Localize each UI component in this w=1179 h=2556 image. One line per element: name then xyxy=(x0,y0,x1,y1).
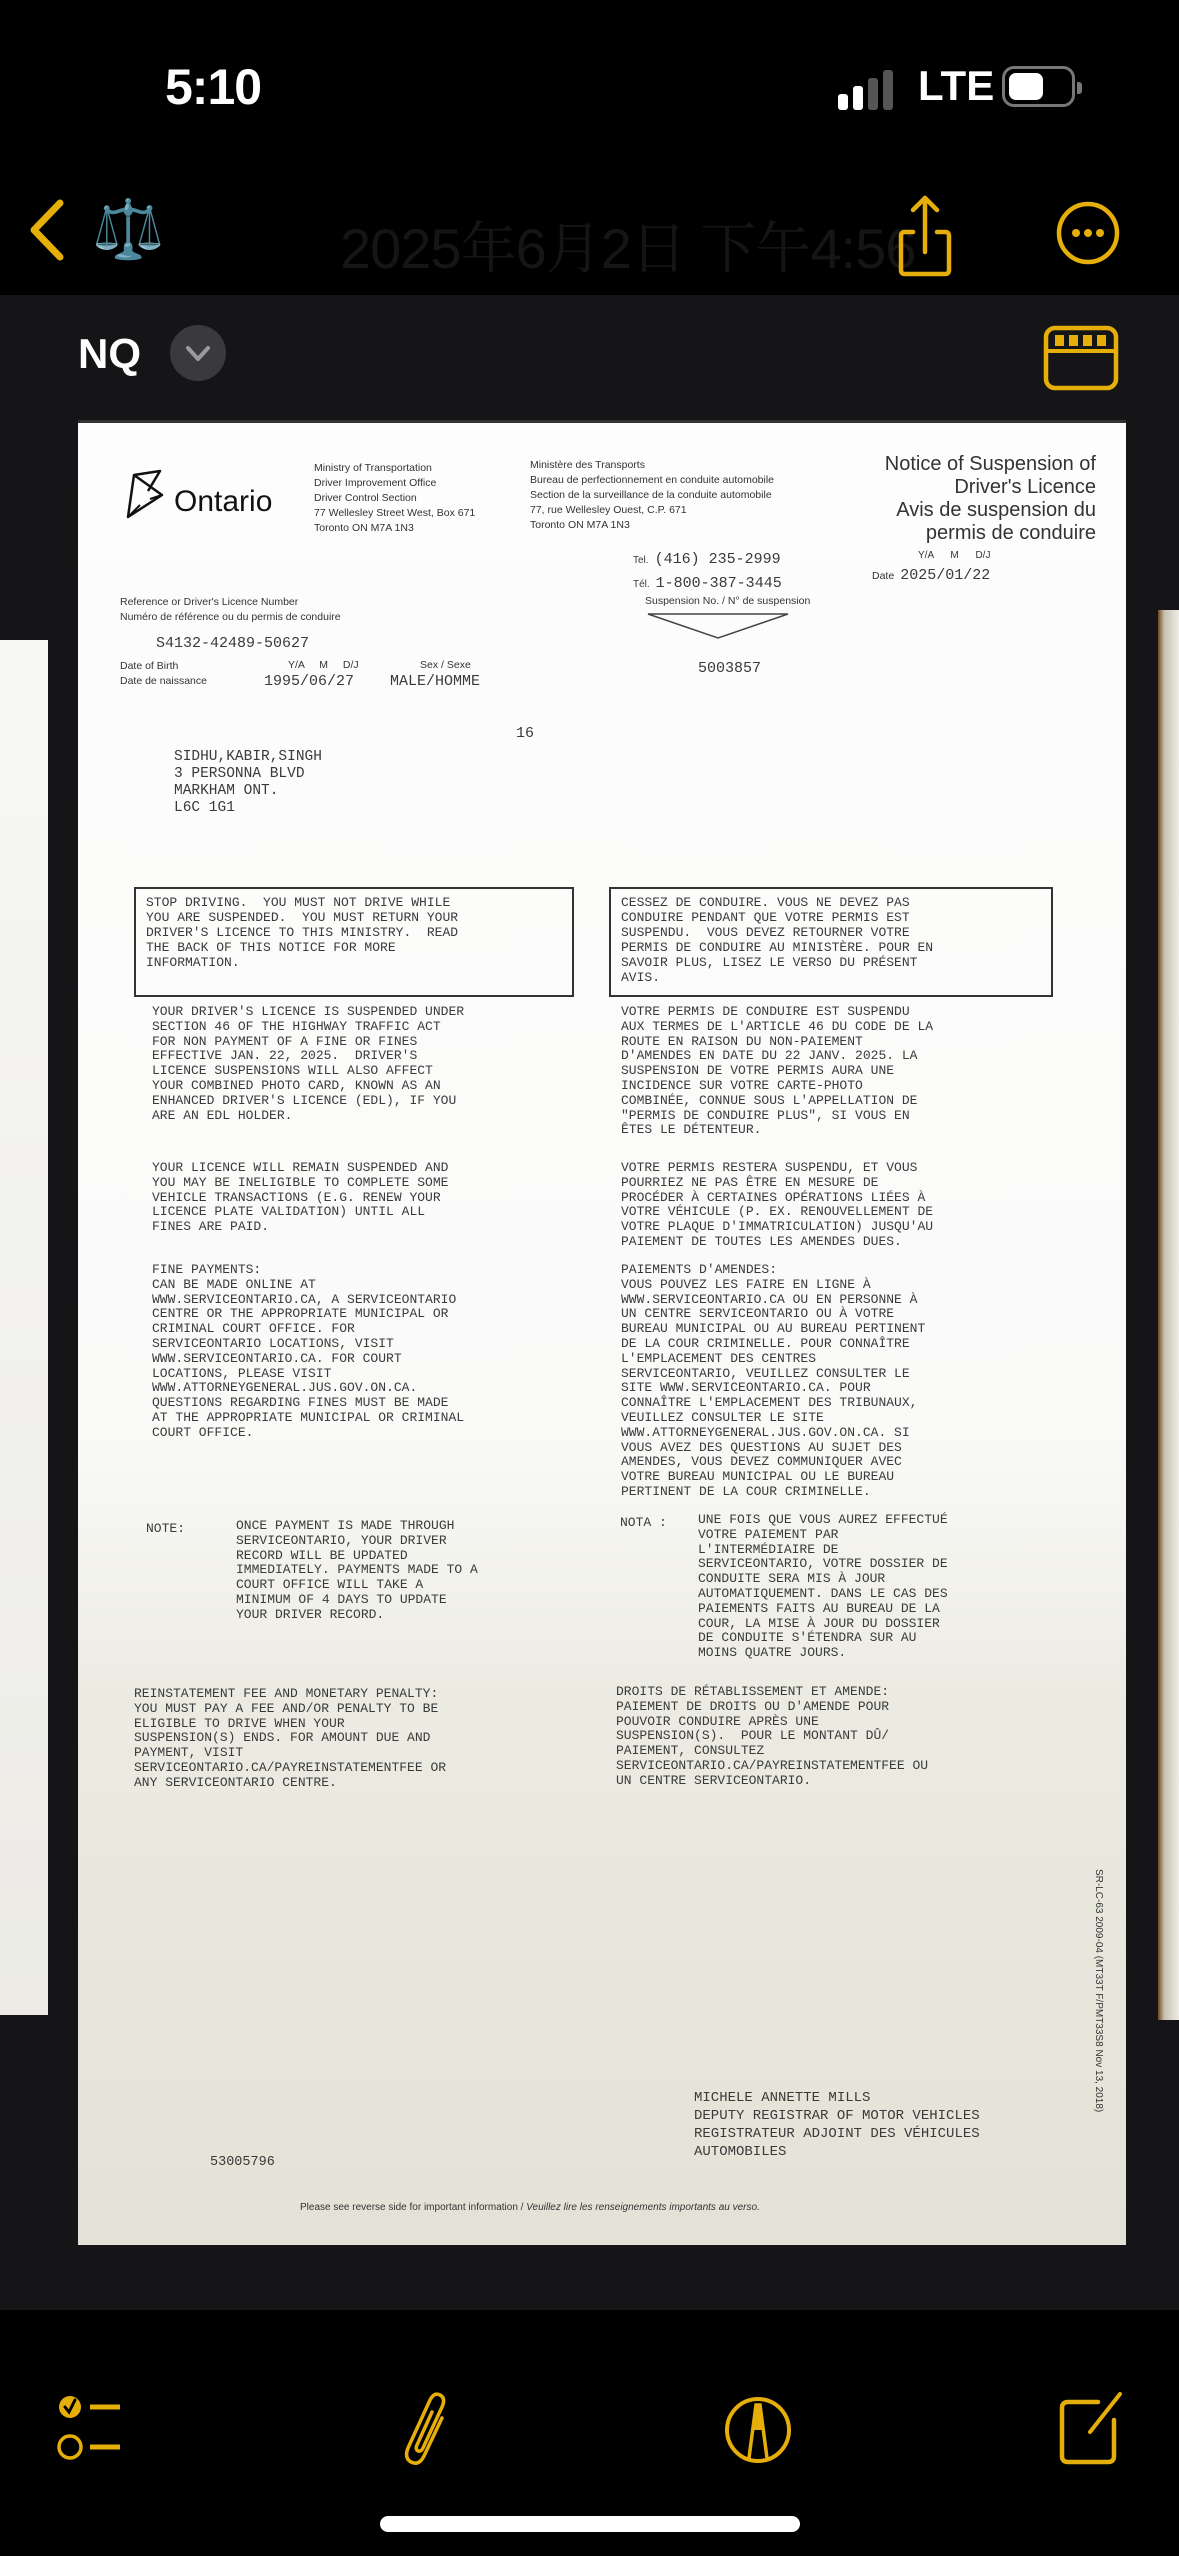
next-page-edge[interactable] xyxy=(1158,610,1179,2020)
folder-name[interactable]: NQ xyxy=(78,330,141,378)
telephone-block: Tel.(416) 235-2999 Tél.1-800-387-3445 xyxy=(633,548,782,596)
ontario-wordmark: Ontario xyxy=(174,485,272,519)
markup-pen-icon xyxy=(718,2390,798,2470)
suspension-paragraph-fr: VOTRE PERMIS DE CONDUIRE EST SUSPENDU AU… xyxy=(621,1005,933,1138)
share-icon xyxy=(895,190,955,280)
registrar-signature-block: MICHELE ANNETTE MILLS DEPUTY REGISTRAR O… xyxy=(694,2089,980,2161)
folder-dropdown-button[interactable] xyxy=(170,325,226,381)
ministry-address-en: Ministry of Transportation Driver Improv… xyxy=(314,461,475,536)
bottom-toolbar xyxy=(0,2310,1179,2556)
suspension-number-label: Suspension No. / N° de suspension xyxy=(645,595,810,607)
remain-suspended-paragraph-en: YOUR LICENCE WILL REMAIN SUSPENDED AND Y… xyxy=(152,1161,448,1235)
reinstatement-paragraph-en: REINSTATEMENT FEE AND MONETARY PENALTY: … xyxy=(134,1687,446,1791)
licence-number: S4132-42489-50627 xyxy=(156,635,309,652)
folder-bar: NQ xyxy=(0,295,1179,420)
page-count: 16 xyxy=(516,725,534,742)
ministry-address-fr: Ministère des Transports Bureau de perfe… xyxy=(530,458,774,533)
chevron-left-icon xyxy=(22,195,72,265)
status-bar: 5:10 LTE xyxy=(0,0,1179,150)
gallery-view-button[interactable] xyxy=(1043,325,1119,391)
suspension-paragraph-en: YOUR DRIVER'S LICENCE IS SUSPENDED UNDER… xyxy=(152,1005,464,1123)
note-paragraph-en: ONCE PAYMENT IS MADE THROUGH SERVICEONTA… xyxy=(236,1519,478,1623)
warning-box-en: STOP DRIVING. YOU MUST NOT DRIVE WHILE Y… xyxy=(134,887,574,997)
reference-label: Reference or Driver's Licence Number Num… xyxy=(120,595,341,625)
markup-button[interactable] xyxy=(718,2390,798,2470)
network-type: LTE xyxy=(918,62,994,110)
document-title: Notice of Suspension of Driver's Licence… xyxy=(885,453,1096,545)
warning-box-fr: CESSEZ DE CONDUIRE. VOUS NE DEVEZ PAS CO… xyxy=(609,887,1053,997)
signal-strength-icon xyxy=(838,70,898,110)
home-indicator[interactable] xyxy=(380,2516,800,2532)
checklist-button[interactable] xyxy=(50,2390,130,2470)
note-paragraph-fr: UNE FOIS QUE VOUS AUREZ EFFECTUÉ VOTRE P… xyxy=(698,1513,948,1661)
note-date-title: 2025年6月2日 下午4:56 xyxy=(340,205,915,285)
scales-emoji-icon: ⚖️ xyxy=(92,190,164,270)
date-format-header: Y/A M D/J xyxy=(918,550,990,561)
back-button[interactable] xyxy=(22,195,72,265)
compose-note-button[interactable] xyxy=(1050,2390,1130,2470)
notice-date: Date2025/01/22 xyxy=(872,567,990,584)
navigation-bar: ⚖️ 2025年6月2日 下午4:56 xyxy=(0,150,1179,295)
date-of-birth: 1995/06/27 xyxy=(264,673,354,690)
remain-suspended-paragraph-fr: VOTRE PERMIS RESTERA SUSPENDU, ET VOUS P… xyxy=(621,1161,933,1250)
fine-payments-paragraph-en: FINE PAYMENTS: CAN BE MADE ONLINE AT WWW… xyxy=(152,1263,464,1441)
sex-label: Sex / Sexe xyxy=(420,659,471,671)
ellipsis-circle-icon xyxy=(1055,200,1121,266)
status-time: 5:10 xyxy=(165,58,261,116)
reverse-side-note: Please see reverse side for important in… xyxy=(300,2202,760,2213)
attachment-button[interactable] xyxy=(390,2390,470,2470)
compose-icon xyxy=(1050,2390,1130,2470)
paperclip-icon xyxy=(390,2390,470,2470)
document-id: 53005796 xyxy=(210,2155,275,2170)
gallery-view-icon xyxy=(1043,325,1119,391)
dob-label: Date of Birth Date de naissance xyxy=(120,659,207,689)
reinstatement-paragraph-fr: DROITS DE RÉTABLISSEMENT ET AMENDE: PAIE… xyxy=(616,1685,928,1789)
recipient-address: SIDHU,KABIR,SINGH 3 PERSONNA BLVD MARKHA… xyxy=(174,749,322,817)
battery-icon xyxy=(1002,66,1075,107)
attachment-viewer[interactable]: Ontario Ministry of Transportation Drive… xyxy=(0,420,1179,2310)
previous-page-edge[interactable] xyxy=(0,640,48,2015)
more-button[interactable] xyxy=(1055,200,1121,266)
sex-value: MALE/HOMME xyxy=(390,673,480,690)
down-arrow-icon xyxy=(643,611,793,641)
checklist-icon xyxy=(50,2390,130,2470)
fine-payments-paragraph-fr: PAIEMENTS D'AMENDES: VOUS POUVEZ LES FAI… xyxy=(621,1263,925,1500)
note-label-en: NOTE: xyxy=(146,1521,185,1536)
dob-format-header: Y/A M D/J xyxy=(288,659,359,671)
share-button[interactable] xyxy=(895,190,955,280)
suspension-number: 5003857 xyxy=(698,660,761,677)
form-code: SR-LC-63 2009-04 (MT33T F/PMT33S8 Nov 13… xyxy=(1093,1869,1104,2112)
note-label-fr: NOTA : xyxy=(620,1515,667,1530)
scanned-document[interactable]: Ontario Ministry of Transportation Drive… xyxy=(78,420,1126,2245)
chevron-down-icon xyxy=(170,325,226,381)
